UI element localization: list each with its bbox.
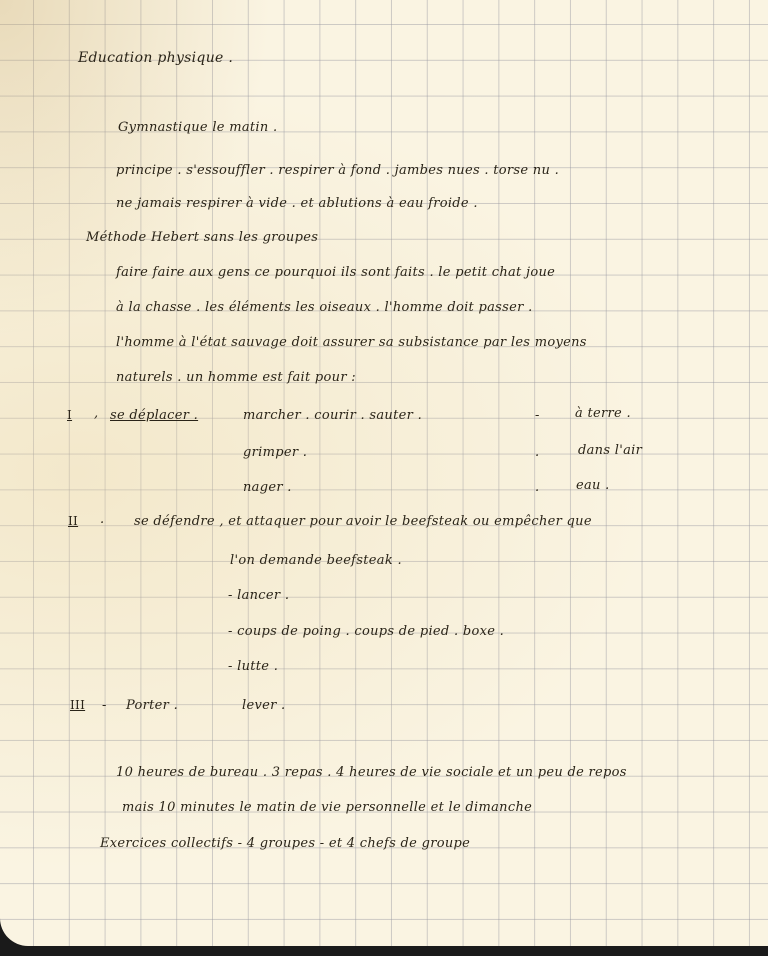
text-line: à la chasse . les éléments les oiseaux .… — [116, 300, 533, 315]
section-i-action: grimper . — [243, 445, 307, 460]
dash: - — [535, 408, 540, 423]
text-line: mais 10 minutes le matin de vie personne… — [122, 800, 532, 815]
section-ii-item: - lutte . — [228, 659, 278, 674]
dash: . — [535, 445, 539, 460]
text-line: principe . s'essouffler . respirer à fon… — [116, 163, 559, 178]
text-line: 10 heures de bureau . 3 repas . 4 heures… — [116, 765, 627, 780]
section-numeral-ii: II — [68, 514, 78, 528]
text-line: Méthode Hebert sans les groupes — [86, 230, 318, 245]
text-line: naturels . un homme est fait pour : — [116, 370, 356, 385]
section-i-where: dans l'air — [578, 443, 642, 458]
section-i-where: à terre . — [575, 406, 631, 421]
page-title: Education physique . — [78, 50, 233, 66]
dash: . — [535, 480, 539, 495]
section-label-iii: Porter . — [126, 698, 178, 713]
section-label-i: se déplacer . — [110, 408, 198, 423]
section-ii-item: - coups de poing . coups de pied . boxe … — [228, 624, 504, 639]
dash: - — [102, 698, 107, 713]
section-i-action: nager . — [243, 480, 292, 495]
section-iii-item: lever . — [242, 698, 285, 713]
comma: . — [100, 512, 104, 527]
section-i-action: marcher . courir . sauter . — [243, 408, 422, 423]
text-line: faire faire aux gens ce pourquoi ils son… — [116, 265, 555, 280]
section-numeral-i: I — [67, 408, 72, 422]
section-i-where: eau . — [576, 478, 610, 493]
comma: , — [94, 406, 98, 421]
text-line: Gymnastique le matin . — [118, 120, 277, 135]
text-line: Exercices collectifs - 4 groupes - et 4 … — [100, 836, 470, 851]
section-ii-item: - lancer . — [228, 588, 289, 603]
section-label-ii: se défendre , et attaquer pour avoir le … — [134, 514, 592, 529]
section-numeral-iii: III — [70, 698, 85, 712]
text-line: l'homme à l'état sauvage doit assurer sa… — [116, 335, 587, 350]
text-line: ne jamais respirer à vide . et ablutions… — [116, 196, 478, 211]
notebook-page: Education physique . Gymnastique le mati… — [0, 0, 768, 946]
section-ii-continuation: l'on demande beefsteak . — [230, 553, 402, 568]
